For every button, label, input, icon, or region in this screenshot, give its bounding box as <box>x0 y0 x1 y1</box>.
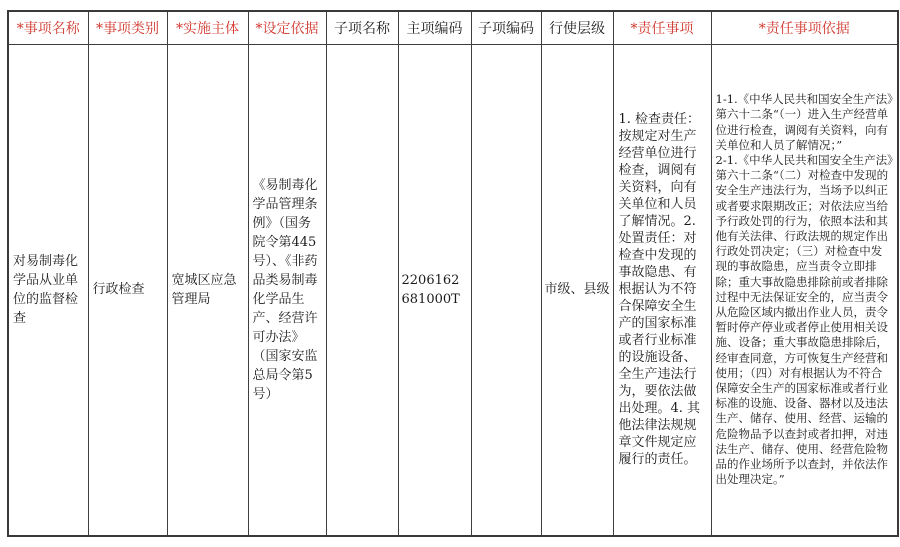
table-row: 对易制毒化学品从业单位的监督检查 行政检查 宽城区应急管理局 《易制毒化学品管理… <box>8 44 898 536</box>
col-header-item-category: *事项类别 <box>88 11 167 44</box>
cell-subitem-code <box>471 44 541 536</box>
col-header-item-name: *事项名称 <box>8 11 88 44</box>
cell-implementing-body: 宽城区应急管理局 <box>167 44 248 536</box>
cell-subitem-name <box>326 44 398 536</box>
cell-responsibility-basis: 1-1.《中华人民共和国安全生产法》第六十二条“（一）进入生产经营单位进行检查，… <box>711 44 898 536</box>
col-header-responsibility-items: *责任事项 <box>613 11 711 44</box>
table-header-row: *事项名称 *事项类别 *实施主体 *设定依据 子项名称 主项编码 子项编码 行… <box>8 11 898 44</box>
cell-setting-basis: 《易制毒化学品管理条例》（国务院令第445号）、《非药品类易制毒化学品生产、经营… <box>248 44 326 536</box>
col-header-exercise-level: 行使层级 <box>541 11 613 44</box>
col-header-implementing-body: *实施主体 <box>167 11 248 44</box>
cell-responsibility-items: 1. 检查责任：按规定对生产经营单位进行检查，调阅有关资料，向有关单位和人员了解… <box>613 44 711 536</box>
col-header-responsibility-basis: *责任事项依据 <box>711 11 898 44</box>
col-header-setting-basis: *设定依据 <box>248 11 326 44</box>
responsibility-matrix-table: *事项名称 *事项类别 *实施主体 *设定依据 子项名称 主项编码 子项编码 行… <box>7 10 899 537</box>
cell-item-category: 行政检查 <box>88 44 167 536</box>
cell-main-item-code: 2206162681000T <box>398 44 471 536</box>
cell-exercise-level: 市级、县级 <box>541 44 613 536</box>
col-header-main-item-code: 主项编码 <box>398 11 471 44</box>
col-header-subitem-name: 子项名称 <box>326 11 398 44</box>
cell-item-name: 对易制毒化学品从业单位的监督检查 <box>8 44 88 536</box>
col-header-subitem-code: 子项编码 <box>471 11 541 44</box>
